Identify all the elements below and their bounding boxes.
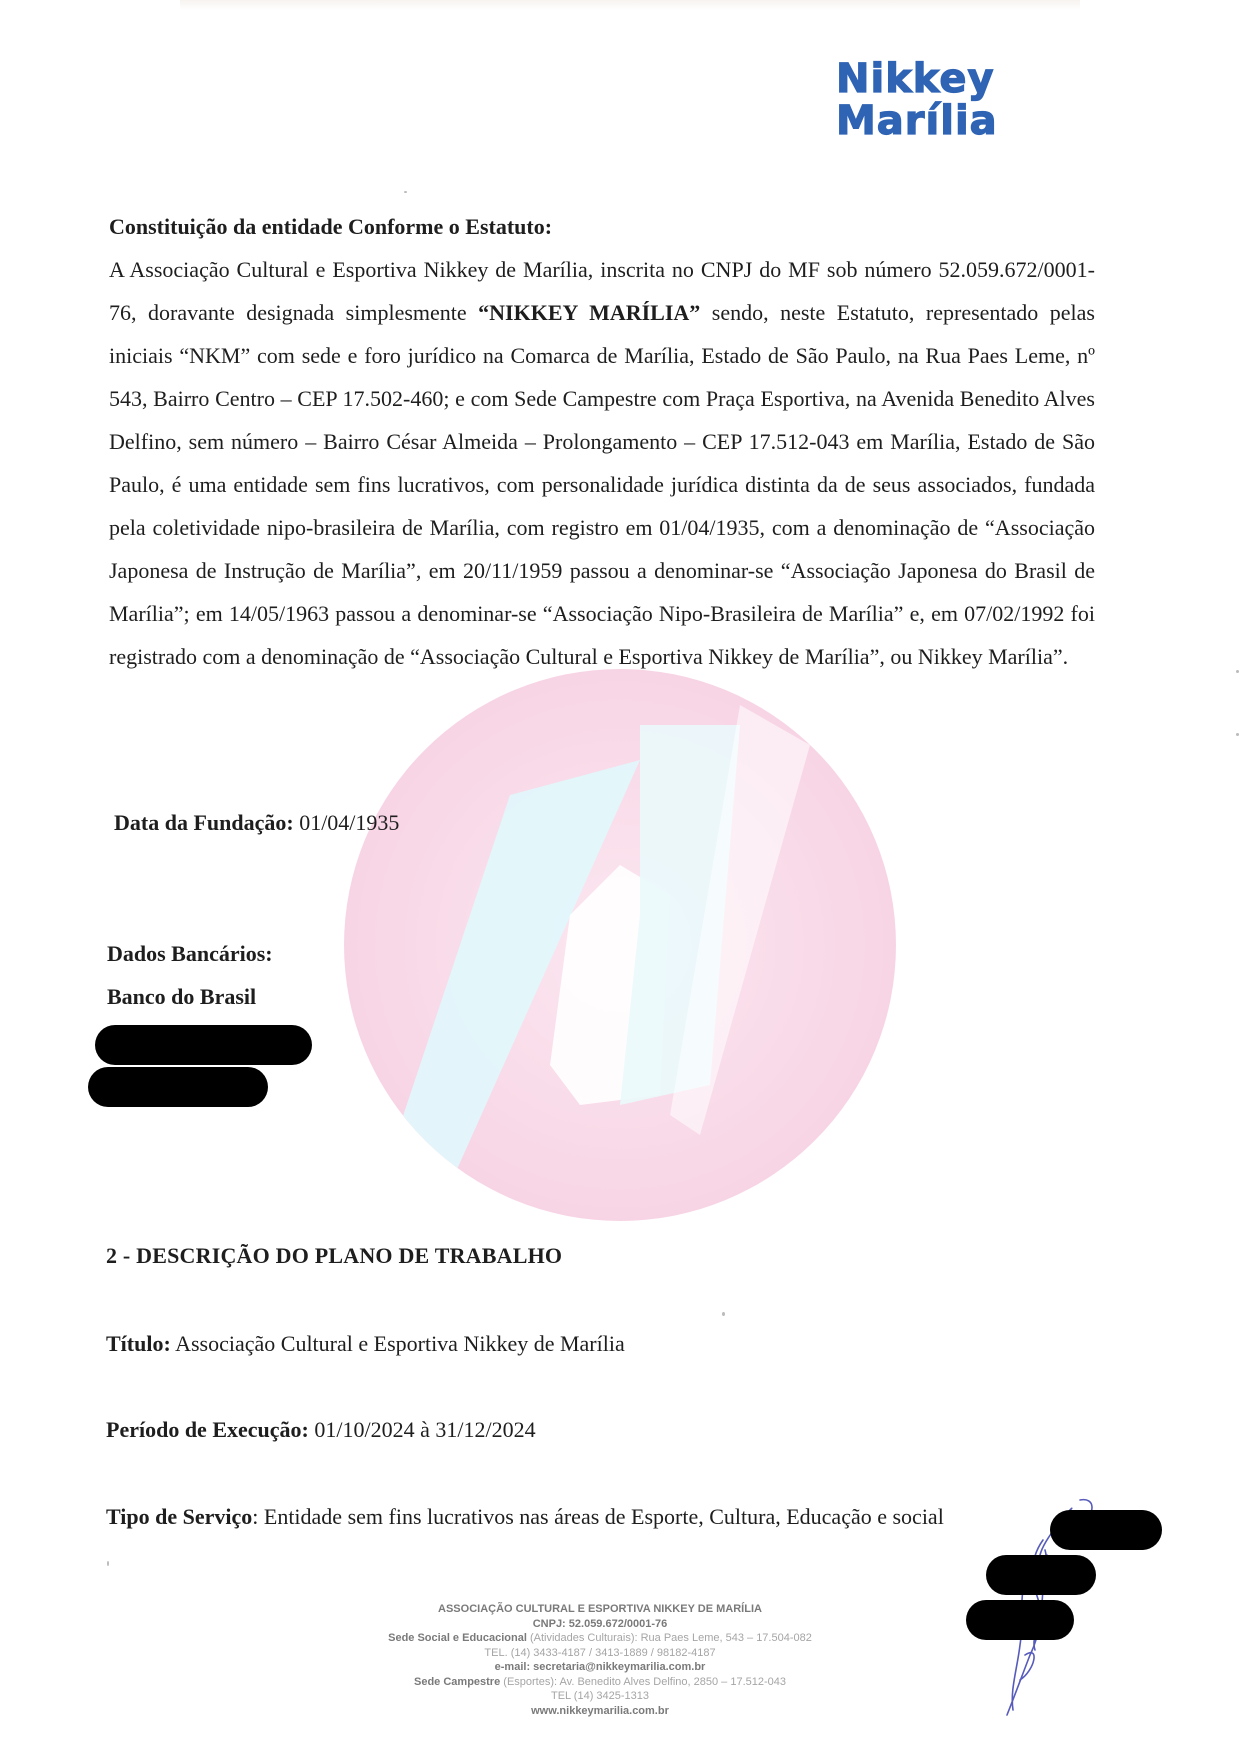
footer-cnpj: CNPJ: 52.059.672/0001-76	[300, 1617, 900, 1632]
footer-sede-campestre-detail: (Esportes): Av. Benedito Alves Delfino, …	[500, 1676, 786, 1688]
redaction-bar-signature-2	[986, 1555, 1096, 1595]
title-label: Título:	[106, 1331, 171, 1356]
scan-speck	[722, 1312, 725, 1316]
constitution-text-bold: “NIKKEY MARÍLIA”	[478, 300, 700, 325]
footer-tel-2: TEL (14) 3425-1313	[300, 1689, 900, 1704]
period-value: 01/10/2024 à 31/12/2024	[309, 1417, 536, 1442]
logo-line-1: Nikkey	[836, 58, 998, 100]
bank-heading: Dados Bancários:	[107, 940, 273, 968]
footer-sede-social-detail: (Atividades Culturais): Rua Paes Leme, 5…	[527, 1632, 812, 1644]
footer-website[interactable]: www.nikkeymarilia.com.br	[300, 1704, 900, 1719]
footer-tel-1: TEL. (14) 3433-4187 / 3413-1889 / 98182-…	[300, 1646, 900, 1661]
constitution-section: Constituição da entidade Conforme o Esta…	[109, 205, 1095, 678]
footer-sede-campestre-label: Sede Campestre	[414, 1676, 500, 1688]
redaction-bar-signature-3	[966, 1600, 1074, 1640]
nikkey-marilia-logo: Nikkey Marília	[836, 58, 998, 142]
footer-sede-campestre: Sede Campestre (Esportes): Av. Benedito …	[300, 1675, 900, 1690]
scan-speck	[1236, 733, 1239, 736]
scan-artifact	[180, 0, 1080, 10]
work-plan-service-type: Tipo de Serviço: Entidade sem fins lucra…	[106, 1503, 944, 1531]
service-value: : Entidade sem fins lucrativos nas áreas…	[252, 1504, 944, 1529]
work-plan-period: Período de Execução: 01/10/2024 à 31/12/…	[106, 1416, 536, 1444]
work-plan-heading: 2 - DESCRIÇÃO DO PLANO DE TRABALHO	[106, 1243, 562, 1269]
scan-speck	[404, 191, 407, 193]
redaction-bar-account-1	[95, 1025, 312, 1065]
foundation-label: Data da Fundação:	[114, 810, 294, 835]
constitution-text-post: sendo, neste Estatuto, representado pela…	[109, 300, 1095, 669]
work-plan-title: Título: Associação Cultural e Esportiva …	[106, 1330, 625, 1358]
bank-heading-text: Dados Bancários:	[107, 941, 273, 966]
footer-sede-social-label: Sede Social e Educacional	[388, 1632, 527, 1644]
redaction-bar-account-2	[88, 1067, 268, 1107]
constitution-paragraph: A Associação Cultural e Esportiva Nikkey…	[109, 248, 1095, 678]
footer-org-name: ASSOCIAÇÃO CULTURAL E ESPORTIVA NIKKEY D…	[300, 1602, 900, 1617]
document-page: Nikkey Marília Constituição da entidade …	[0, 0, 1240, 1753]
bank-name: Banco do Brasil	[107, 983, 256, 1011]
service-label: Tipo de Serviço	[106, 1504, 252, 1529]
scan-speck	[1236, 670, 1239, 673]
title-value: Associação Cultural e Esportiva Nikkey d…	[171, 1331, 625, 1356]
logo-line-2: Marília	[836, 100, 998, 142]
footer-sede-social: Sede Social e Educacional (Atividades Cu…	[300, 1631, 900, 1646]
foundation-value: 01/04/1935	[294, 810, 400, 835]
bank-name-text: Banco do Brasil	[107, 984, 256, 1009]
letterhead-footer: ASSOCIAÇÃO CULTURAL E ESPORTIVA NIKKEY D…	[300, 1602, 900, 1718]
footer-email[interactable]: e-mail: secretaria@nikkeymarilia.com.br	[300, 1660, 900, 1675]
constitution-heading: Constituição da entidade Conforme o Esta…	[109, 205, 1095, 248]
foundation-date: Data da Fundação: 01/04/1935	[114, 809, 399, 837]
redaction-bar-signature-1	[1050, 1510, 1162, 1550]
scan-speck	[107, 1561, 109, 1566]
watermark-logo-icon	[340, 665, 900, 1225]
period-label: Período de Execução:	[106, 1417, 309, 1442]
